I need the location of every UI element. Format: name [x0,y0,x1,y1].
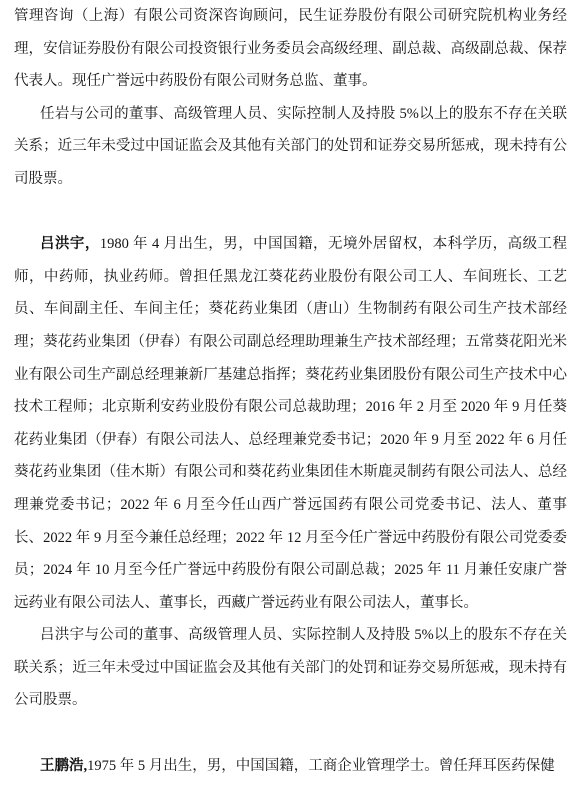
paragraph-ren-yan-disclosure: 任岩与公司的董事、高级管理人员、实际控制人及持股 5%以上的股东不存在关联关系；… [14,98,567,196]
bio-text-wang-penghao: 1975 年 5 月出生，男，中国国籍，工商企业管理学士。曾任拜耳医药保健 [87,758,555,774]
bio-text-lv-hongyu: 1980 年 4 月出生，男，中国国籍，无境外居留权，本科学历，高级工程师，中药… [14,236,567,611]
blank-line [14,196,567,229]
paragraph-lv-hongyu-bio: 吕洪宇，1980 年 4 月出生，男，中国国籍，无境外居留权，本科学历，高级工程… [14,228,567,619]
paragraph-ren-yan-bio-continued: 管理咨询（上海）有限公司资深咨询顾问，民生证券股份有限公司研究院机构业务经理，安… [14,0,567,98]
person-name-wang-penghao: 王鹏浩, [40,758,87,774]
paragraph-lv-hongyu-disclosure: 吕洪宇与公司的董事、高级管理人员、实际控制人及持股 5%以上的股东不存在关联关系… [14,619,567,717]
person-name-lv-hongyu: 吕洪宇， [40,236,100,252]
document-page: 管理咨询（上海）有限公司资深咨询顾问，民生证券股份有限公司研究院机构业务经理，安… [0,0,579,802]
paragraph-wang-penghao-bio: 王鹏浩,1975 年 5 月出生，男，中国国籍，工商企业管理学士。曾任拜耳医药保… [14,750,567,783]
blank-line [14,717,567,750]
